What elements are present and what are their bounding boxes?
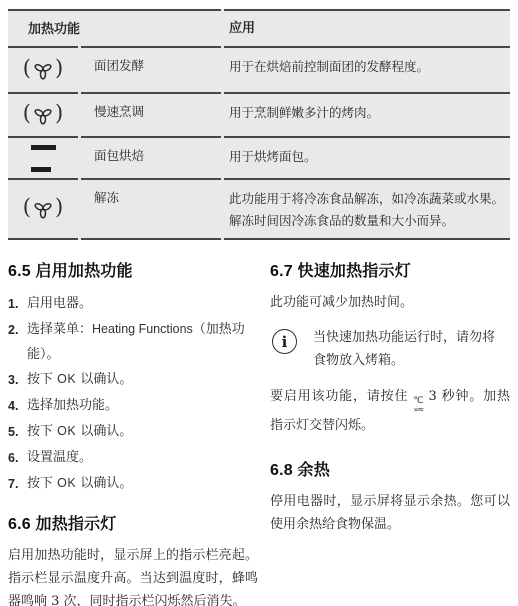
section-65-steps: 1. 启用电器。 2. 选择菜单：Heating Functions（加热功能）…	[8, 291, 258, 497]
manual-page: 加热功能 应用 ( ) 面团发酵 用于在烘焙前控制面	[0, 0, 518, 606]
section-67-title: 6.7 快速加热指示灯	[270, 258, 510, 281]
step-number: 1.	[8, 291, 27, 317]
step-number: 5.	[8, 419, 27, 445]
table-row: ( ) 面团发酵 用于在烘焙前控制面团的发酵程度。	[8, 46, 510, 92]
bread-baking-icon	[31, 145, 56, 172]
info-note-text: 当快速加热功能运行时，请勿将食物放入烤箱。	[313, 326, 499, 372]
step-text: 选择加热功能。	[27, 393, 258, 419]
step-item: 4. 选择加热功能。	[8, 393, 258, 419]
section-66-body: 启用加热功能时，显示屏上的指示栏亮起。指示栏显示温度升高。当达到温度时，蜂鸣器鸣…	[8, 544, 258, 606]
header-function: 加热功能	[8, 9, 221, 46]
function-desc: 用于在烘焙前控制面团的发酵程度。	[224, 46, 510, 92]
info-note: i 当快速加热功能运行时，请勿将食物放入烤箱。	[272, 326, 510, 372]
section-66-title: 6.6 加热指示灯	[8, 511, 258, 534]
step-number: 4.	[8, 393, 27, 419]
left-column: 6.5 启用加热功能 1. 启用电器。 2. 选择菜单：Heating Func…	[8, 242, 258, 606]
table-header-row: 加热功能 应用	[8, 9, 510, 46]
step-text: 按下 OK 以确认。	[27, 419, 258, 445]
function-desc: 此功能用于将冷冻食品解冻，如冷冻蔬菜或水果。解冻时间因冷冻食品的数量和大小而异。	[224, 178, 510, 240]
table-row: 面包烘焙 用于烘烤面包。	[8, 136, 510, 178]
step-item: 1. 启用电器。	[8, 291, 258, 317]
section-68-title: 6.8 余热	[270, 457, 510, 480]
info-icon: i	[272, 329, 297, 354]
function-name: 面包烘焙	[81, 136, 221, 178]
section-67-intro: 此功能可减少加热时间。	[270, 291, 510, 314]
step-number: 3.	[8, 367, 27, 393]
fan-icon: ( )	[23, 58, 63, 82]
table-row: ( ) 解冻 此功能用于将冷冻食品解冻，如冷冻蔬菜或水果。解冻时间因冷冻食品的数…	[8, 178, 510, 240]
step-number: 7.	[8, 471, 27, 497]
ok-key-label: OK	[57, 476, 76, 490]
step-number: 2.	[8, 317, 27, 367]
section-65-title: 6.5 启用加热功能	[8, 258, 258, 281]
step-text: 设置温度。	[27, 445, 258, 471]
step-item: 6. 设置温度。	[8, 445, 258, 471]
step-text: 选择菜单：Heating Functions（加热功能）。	[27, 317, 258, 367]
step-item: 7. 按下 OK 以确认。	[8, 471, 258, 497]
ok-key-label: OK	[57, 424, 76, 438]
table-row: ( ) 慢速烹调 用于烹制鲜嫩多汁的烤肉。	[8, 92, 510, 136]
fan-icon: ( )	[23, 197, 63, 221]
fast-heat-icon: ℃»≈	[413, 397, 423, 414]
function-desc: 用于烹制鲜嫩多汁的烤肉。	[224, 92, 510, 136]
fan-icon: ( )	[23, 103, 63, 127]
fast-heat-activation: 要启用该功能，请按住℃»≈3 秒钟。加热指示灯交替闪烁。	[270, 385, 510, 437]
step-item: 3. 按下 OK 以确认。	[8, 367, 258, 393]
step-text: 启用电器。	[27, 291, 258, 317]
function-name: 面团发酵	[81, 46, 221, 92]
body-columns: 6.5 启用加热功能 1. 启用电器。 2. 选择菜单：Heating Func…	[8, 242, 510, 606]
function-name: 解冻	[81, 178, 221, 240]
menu-name-latin: Heating Functions	[92, 322, 193, 336]
header-application: 应用	[224, 9, 510, 46]
step-item: 5. 按下 OK 以确认。	[8, 419, 258, 445]
right-column: 6.7 快速加热指示灯 此功能可减少加热时间。 i 当快速加热功能运行时，请勿将…	[270, 242, 510, 606]
step-item: 2. 选择菜单：Heating Functions（加热功能）。	[8, 317, 258, 367]
step-text: 按下 OK 以确认。	[27, 471, 258, 497]
step-text: 按下 OK 以确认。	[27, 367, 258, 393]
step-number: 6.	[8, 445, 27, 471]
function-desc: 用于烘烤面包。	[224, 136, 510, 178]
function-name: 慢速烹调	[81, 92, 221, 136]
section-68-body: 停用电器时，显示屏将显示余热。您可以使用余热给食物保温。	[270, 490, 510, 536]
heating-functions-table: 加热功能 应用 ( ) 面团发酵 用于在烘焙前控制面	[8, 9, 510, 240]
ok-key-label: OK	[57, 372, 76, 386]
